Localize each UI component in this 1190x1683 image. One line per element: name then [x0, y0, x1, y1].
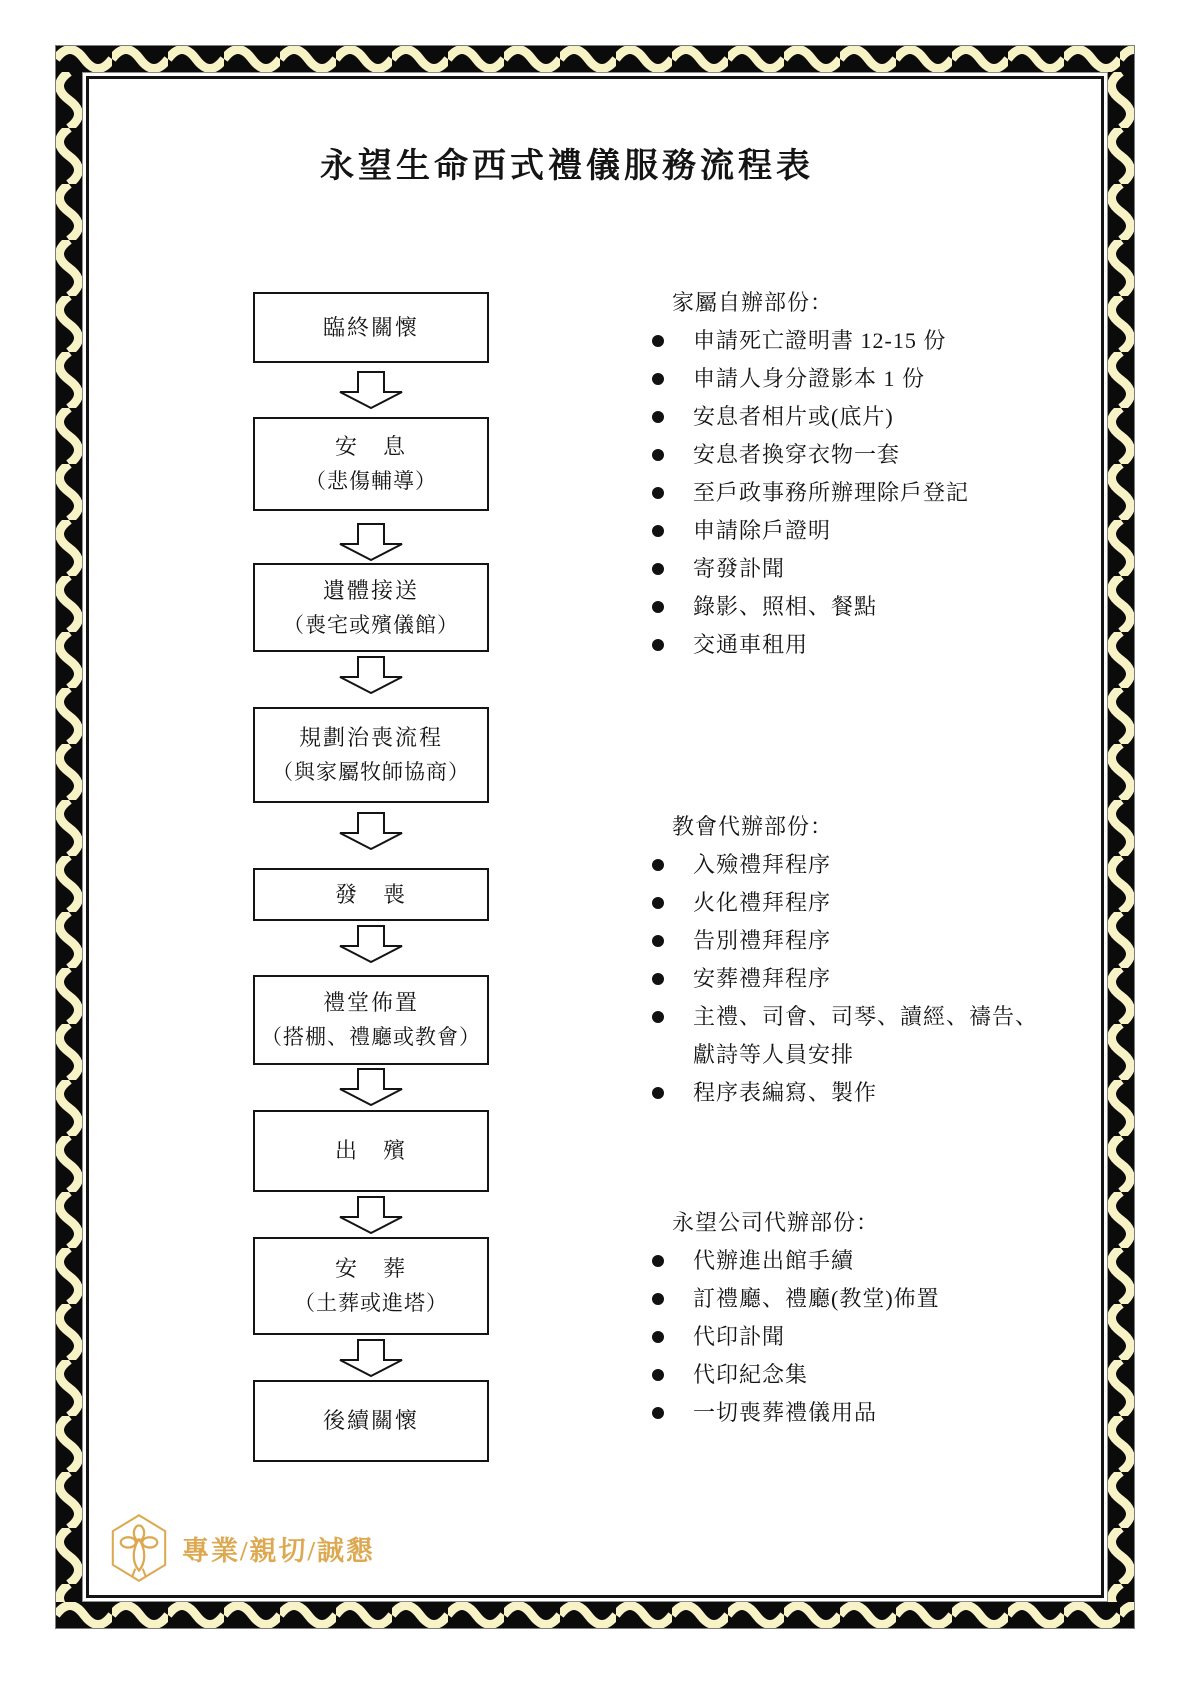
checklist-item-text: 寄發訃聞 — [693, 550, 785, 588]
checklist-item: 代印訃聞 — [600, 1318, 1080, 1356]
bullet-icon — [652, 1087, 664, 1099]
brand-tagline: 專業/親切/誠懇 — [182, 1529, 375, 1568]
checklist-section: 教會代辦部份：入殮禮拜程序火化禮拜程序告別禮拜程序安葬禮拜程序主禮、司會、司琴、… — [600, 808, 1080, 1112]
bullet-icon — [652, 411, 664, 423]
checklist-item-text: 申請人身分證影本 1 份 — [693, 360, 925, 398]
checklist-item: 至戶政事務所辦理除戶登記 — [600, 474, 1080, 512]
checklist-item-text: 一切喪葬禮儀用品 — [693, 1394, 877, 1432]
bullet-icon — [652, 373, 664, 385]
checklist-item: 主禮、司會、司琴、讀經、禱告、獻詩等人員安排 — [600, 998, 1080, 1074]
checklist-item: 代辦進出館手續 — [600, 1242, 1080, 1280]
checklist-item-text: 代印訃聞 — [693, 1318, 785, 1356]
checklist-item-text: 至戶政事務所辦理除戶登記 — [693, 474, 969, 512]
bullet-icon — [652, 1293, 664, 1305]
bullet-icon — [652, 897, 664, 909]
checklist-item-text: 火化禮拜程序 — [693, 884, 831, 922]
checklist-item: 申請除戶證明 — [600, 512, 1080, 550]
checklist-item: 寄發訃聞 — [600, 550, 1080, 588]
checklist-item-text: 申請死亡證明書 12-15 份 — [693, 322, 946, 360]
bullet-icon — [652, 639, 664, 651]
bullet-icon — [652, 449, 664, 461]
checklist-item: 安息者換穿衣物一套 — [600, 436, 1080, 474]
checklists: 家屬自辦部份：申請死亡證明書 12-15 份申請人身分證影本 1 份安息者相片或… — [0, 0, 1190, 1683]
bullet-icon — [652, 525, 664, 537]
checklist-items: 入殮禮拜程序火化禮拜程序告別禮拜程序安葬禮拜程序主禮、司會、司琴、讀經、禱告、獻… — [600, 846, 1080, 1112]
checklist-item: 告別禮拜程序 — [600, 922, 1080, 960]
bullet-icon — [652, 1255, 664, 1267]
bullet-icon — [652, 563, 664, 575]
document-page: 永望生命西式禮儀服務流程表 臨終關懷安 息（悲傷輔導）遺體接送（喪宅或殯儀館）規… — [0, 0, 1190, 1683]
bullet-icon — [652, 487, 664, 499]
checklist-item-text: 安息者換穿衣物一套 — [693, 436, 900, 474]
checklist-heading: 教會代辦部份： — [672, 808, 1080, 846]
bullet-icon — [652, 1369, 664, 1381]
bullet-icon — [652, 935, 664, 947]
checklist-items: 代辦進出館手續訂禮廳、禮廳(教堂)佈置代印訃聞代印紀念集一切喪葬禮儀用品 — [600, 1242, 1080, 1432]
checklist-item-text: 錄影、照相、餐點 — [693, 588, 877, 626]
checklist-item: 程序表編寫、製作 — [600, 1074, 1080, 1112]
checklist-item-text: 代印紀念集 — [693, 1356, 808, 1394]
checklist-item-text: 交通車租用 — [693, 626, 808, 664]
bullet-icon — [652, 335, 664, 347]
footer-brand: 專業/親切/誠懇 — [110, 1513, 375, 1583]
checklist-item: 訂禮廳、禮廳(教堂)佈置 — [600, 1280, 1080, 1318]
checklist-item-text: 代辦進出館手續 — [693, 1242, 854, 1280]
checklist-item-text: 入殮禮拜程序 — [693, 846, 831, 884]
checklist-items: 申請死亡證明書 12-15 份申請人身分證影本 1 份安息者相片或(底片)安息者… — [600, 322, 1080, 664]
checklist-item: 錄影、照相、餐點 — [600, 588, 1080, 626]
checklist-item: 申請人身分證影本 1 份 — [600, 360, 1080, 398]
bullet-icon — [652, 601, 664, 613]
bullet-icon — [652, 1331, 664, 1343]
bullet-icon — [652, 859, 664, 871]
checklist-item-text: 申請除戶證明 — [693, 512, 831, 550]
checklist-section: 家屬自辦部份：申請死亡證明書 12-15 份申請人身分證影本 1 份安息者相片或… — [600, 284, 1080, 664]
checklist-item: 火化禮拜程序 — [600, 884, 1080, 922]
bullet-icon — [652, 1011, 664, 1023]
checklist-item-text: 主禮、司會、司琴、讀經、禱告、獻詩等人員安排 — [693, 998, 1038, 1074]
checklist-heading: 永望公司代辦部份： — [672, 1204, 1080, 1242]
checklist-item: 安葬禮拜程序 — [600, 960, 1080, 998]
checklist-item-text: 安息者相片或(底片) — [693, 398, 894, 436]
checklist-item: 一切喪葬禮儀用品 — [600, 1394, 1080, 1432]
checklist-heading: 家屬自辦部份： — [672, 284, 1080, 322]
checklist-item: 入殮禮拜程序 — [600, 846, 1080, 884]
checklist-item-text: 告別禮拜程序 — [693, 922, 831, 960]
checklist-item-text: 訂禮廳、禮廳(教堂)佈置 — [693, 1280, 940, 1318]
checklist-item-text: 程序表編寫、製作 — [693, 1074, 877, 1112]
bullet-icon — [652, 973, 664, 985]
checklist-item: 交通車租用 — [600, 626, 1080, 664]
checklist-item: 申請死亡證明書 12-15 份 — [600, 322, 1080, 360]
checklist-section: 永望公司代辦部份：代辦進出館手續訂禮廳、禮廳(教堂)佈置代印訃聞代印紀念集一切喪… — [600, 1204, 1080, 1432]
checklist-item: 安息者相片或(底片) — [600, 398, 1080, 436]
company-logo-icon — [110, 1513, 168, 1583]
bullet-icon — [652, 1407, 664, 1419]
checklist-item: 代印紀念集 — [600, 1356, 1080, 1394]
checklist-item-text: 安葬禮拜程序 — [693, 960, 831, 998]
